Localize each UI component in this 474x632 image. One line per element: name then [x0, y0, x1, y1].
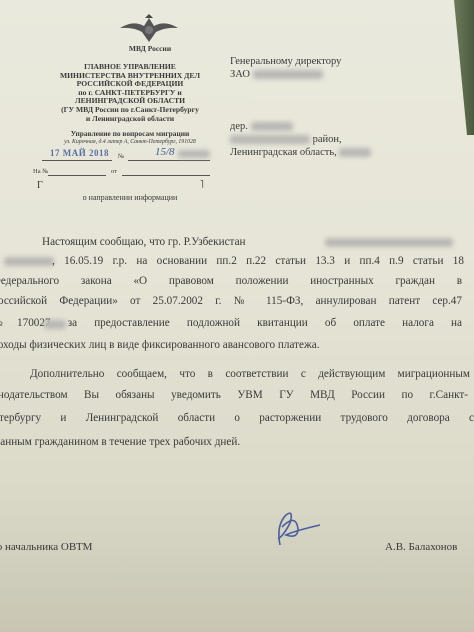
recipient-title: Генеральному директору — [230, 55, 371, 68]
redacted-area — [253, 70, 323, 79]
subject-line: о направлении информации — [30, 193, 230, 202]
double-headed-eagle-icon — [118, 14, 180, 44]
body-line: Дополнительно сообщаем, что в соответств… — [30, 367, 470, 383]
number-label: № — [118, 153, 124, 160]
body-line: доходы физических лиц в виде фиксированн… — [0, 338, 320, 354]
body-line: Российской Федерации» от 25.07.2002 г. №… — [0, 294, 462, 310]
body-line: Федерального закона «О правовом положени… — [0, 274, 462, 290]
handwritten-signature-icon — [268, 505, 328, 560]
redacted-area — [251, 122, 293, 131]
ref-label: На № — [33, 168, 48, 175]
department-address: ул. Кирочная, д.4 литер А, Санкт-Петербу… — [30, 139, 230, 145]
body-line: указанным гражданином в течение трех раб… — [0, 435, 240, 451]
body-line: законодательством Вы обязаны уведомить У… — [0, 388, 468, 404]
signatory-name: А.В. Балахонов — [385, 541, 457, 553]
registration-number: 15/8 — [155, 146, 175, 158]
redacted-area — [178, 150, 210, 158]
date-line — [42, 160, 112, 161]
recipient-region: Ленинградская область, — [230, 146, 371, 159]
from-label: от — [111, 168, 117, 175]
body-line: Петербургу и Ленинградской области о рас… — [0, 411, 474, 427]
corner-bracket-right: ˥ — [200, 180, 204, 191]
org-line: и Ленинградской области — [30, 115, 230, 124]
redacted-area — [44, 320, 66, 329]
date-stamp: 17 МАЙ 2018 — [50, 148, 109, 158]
letterhead-org: ГЛАВНОЕ УПРАВЛЕНИЕ МИНИСТЕРСТВА ВНУТРЕНН… — [30, 63, 230, 123]
redacted-area — [325, 238, 453, 247]
body-line: , 16.05.19 г.р. на основании пп.2 п.22 с… — [52, 254, 464, 270]
recipient-district: район, — [230, 133, 371, 146]
recipient-block: Генеральному директору ЗАО дер. район, Л… — [230, 55, 371, 159]
signatory-position: Врио начальника ОВТМ — [0, 541, 92, 553]
recipient-company: ЗАО — [230, 68, 371, 81]
redacted-area — [339, 148, 371, 157]
body-line: Настоящим сообщаю, что гр. Р.Узбекистан — [42, 235, 322, 251]
number-line — [128, 160, 210, 161]
body-line: №170027 за предоставление подложной квит… — [0, 316, 462, 332]
from-line — [122, 175, 210, 176]
org-short-name: МВД России — [90, 44, 210, 53]
department-name: Управление по вопросам миграции — [30, 129, 230, 138]
recipient-village: дер. — [230, 120, 371, 133]
redacted-area — [4, 257, 54, 266]
corner-bracket-left: Γ — [37, 180, 43, 191]
ref-line — [48, 175, 106, 176]
redacted-area — [230, 135, 310, 144]
